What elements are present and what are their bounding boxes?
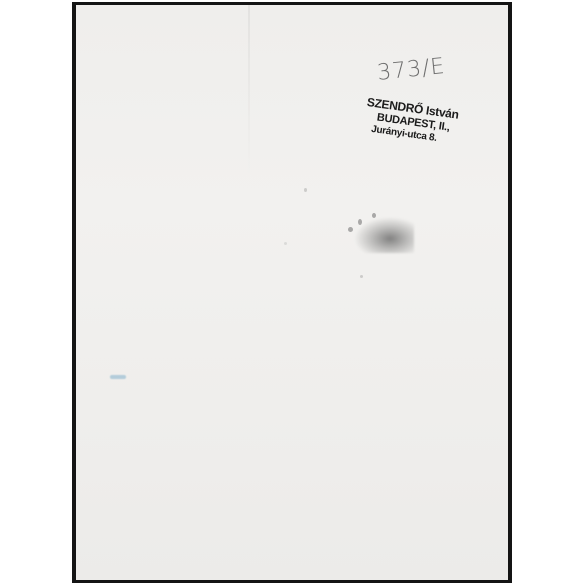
photographer-stamp: SZENDRŐ István BUDAPEST, II., Jurányi-ut… [363,95,460,146]
photo-back-scan: 373/E SZENDRŐ István BUDAPEST, II., Jurá… [72,2,512,583]
ink-speck [304,188,307,192]
paper-crease [248,5,250,180]
handwritten-catalog-number: 373/E [376,54,447,86]
ink-speck [348,227,353,232]
photo-paper: 373/E SZENDRŐ István BUDAPEST, II., Jurá… [76,5,508,580]
ink-speck [372,213,376,218]
blue-pen-mark [110,375,126,379]
ink-speck [284,242,287,245]
ink-smudge [354,217,414,253]
ink-speck [360,275,363,278]
ink-speck [358,219,362,225]
